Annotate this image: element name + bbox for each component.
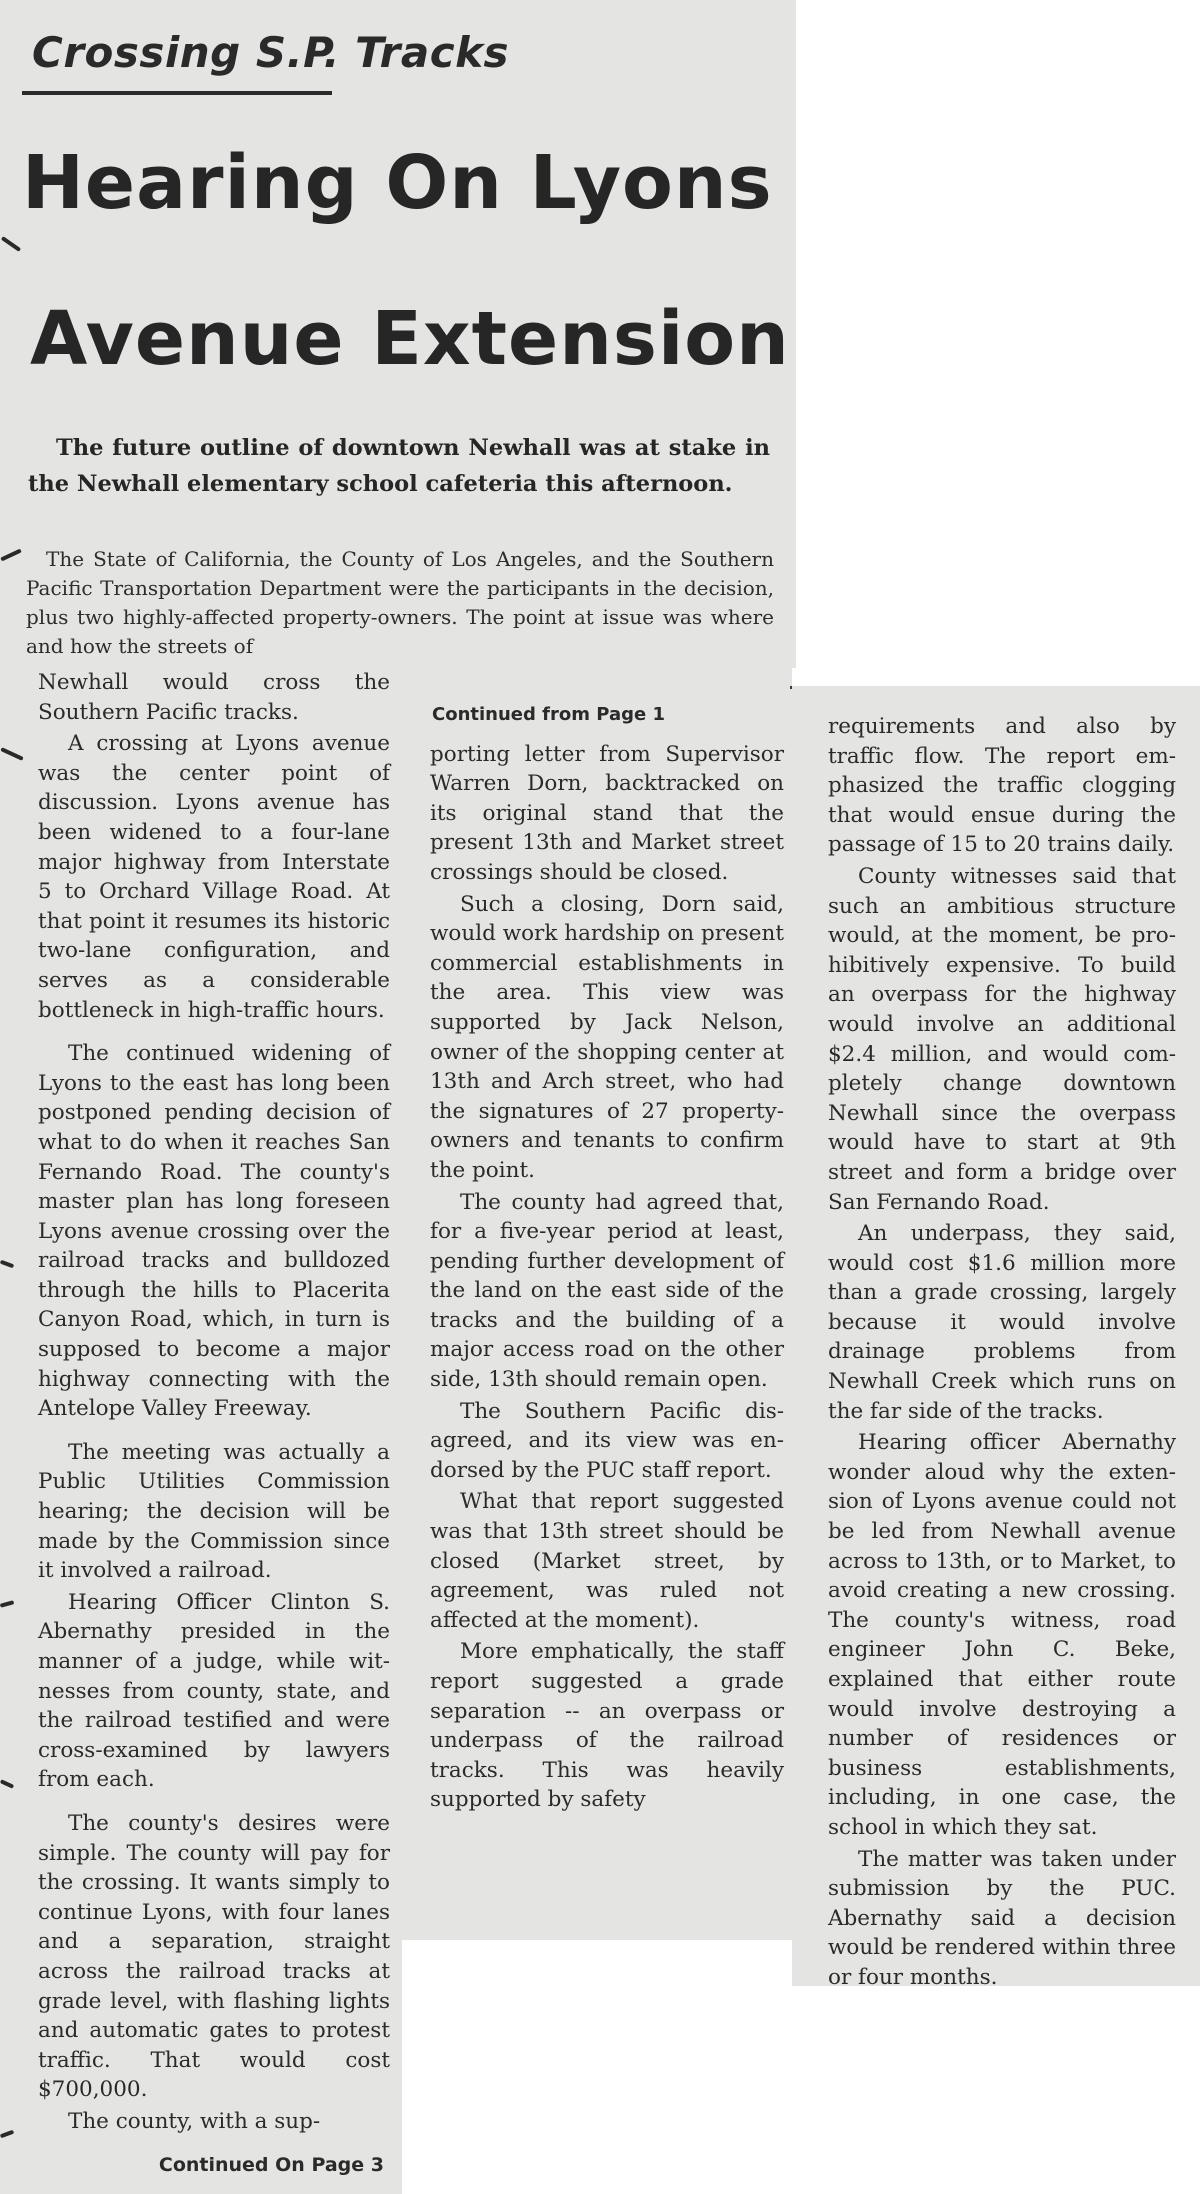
paragraph: County witnesses said that such an ambit… — [828, 862, 1176, 1217]
article-header-block: Crossing S.P. Tracks Hearing On Lyons Av… — [0, 0, 796, 668]
article-column-2: Continued from Page 1 porting letter fro… — [402, 668, 792, 1940]
paragraph: Hearing officer Abernathy wonder aloud w… — [828, 1428, 1176, 1842]
paragraph: The Southern Pacific dis­agreed, and its… — [430, 1397, 784, 1486]
paragraph: The county had agreed that, for a five-y… — [430, 1188, 784, 1395]
lead-text: The future outline of downtown Newhall w… — [28, 430, 770, 502]
paragraph: porting letter from Super­visor Warren D… — [430, 740, 784, 888]
lead-paragraph: The future outline of downtown Newhall w… — [28, 430, 770, 502]
paragraph: Newhall would cross the Southern Pacific… — [38, 668, 390, 727]
paragraph: The county's desires were simple. The co… — [38, 1809, 390, 2105]
paragraph: A crossing at Lyons ave­nue was the cent… — [38, 729, 390, 1025]
paragraph: The continued widening of Lyons to the e… — [38, 1039, 390, 1424]
continued-from-page-label: Continued from Page 1 — [432, 700, 784, 730]
paragraph: The matter was taken un­der submission b… — [828, 1845, 1176, 1993]
paragraph: What that report suggested was that 13th… — [430, 1487, 784, 1635]
intro-paragraph: The State of California, the County of L… — [26, 545, 774, 661]
paragraph: More emphatically, the staff report sugg… — [430, 1637, 784, 1815]
continued-on-page-jump: Continued On Page 3 — [38, 2151, 390, 2181]
intro-text: The State of California, the County of L… — [26, 545, 774, 661]
kicker-headline: Crossing S.P. Tracks — [32, 28, 509, 77]
headline-line-1: Hearing On Lyons — [22, 140, 773, 226]
paragraph: Hearing Officer Clinton S. Abernathy pre… — [38, 1588, 390, 1795]
paragraph: requirements and also by traffic flow. T… — [828, 712, 1176, 860]
paragraph: The county, with a sup- — [38, 2107, 390, 2137]
article-column-3: requirements and also by traffic flow. T… — [792, 686, 1200, 1986]
headline-line-2: Avenue Extension — [30, 296, 790, 382]
paragraph: Such a closing, Dorn said, would work ha… — [430, 890, 784, 1186]
paragraph: An underpass, they said, would cost $1.6… — [828, 1219, 1176, 1426]
kicker-underline-rule — [22, 91, 332, 95]
paragraph: The meeting was actually a Public Utilit… — [38, 1438, 390, 1586]
article-column-1: Newhall would cross the Southern Pacific… — [0, 668, 402, 2194]
